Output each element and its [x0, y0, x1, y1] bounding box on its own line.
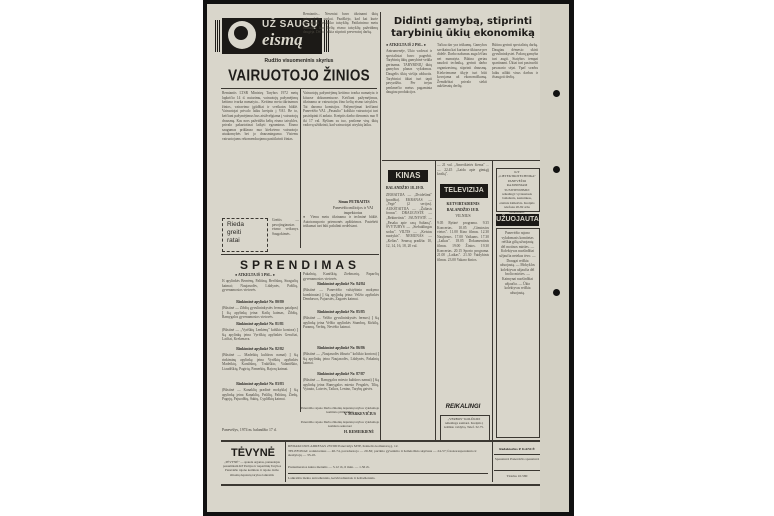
- section-logo-line2: eismą: [262, 30, 303, 50]
- column-rule: [285, 442, 286, 482]
- district-header: Rinkiminė apylinkė Nr. 84/84: [303, 282, 379, 287]
- decision-title: SPRENDIMAS: [222, 258, 378, 272]
- condolences-text: Panevėžio rajono vykdomasis komitetas re…: [499, 231, 536, 433]
- condolences-banner: UŽUOJAUTA: [496, 214, 539, 226]
- rieda-box: Riedagreitiratai: [222, 218, 268, 252]
- author-name: Simas PETRAITIS: [330, 200, 378, 205]
- article-text: ● Vienu metu tikrinama ir techninė būklė…: [303, 215, 378, 249]
- decision-text: (Būstinė — „Vyriškių Lenkėnų" kolūkio ko…: [222, 328, 298, 346]
- footer-subscription: Prenumeratos kaina metams — 3.12 rb, 6 m…: [288, 465, 488, 470]
- rieda-line: ratai: [227, 237, 263, 245]
- district-header: Rinkiminė apylinkė Nr. 86/86: [303, 346, 379, 351]
- headline: Didinti gamybą, stiprinti tarybinių ūkių…: [388, 16, 538, 40]
- divider: [221, 254, 379, 255]
- decision-text: (Būstinė — Žibšių gyvulininkystės fermos…: [222, 306, 298, 321]
- footer-phones: TELEFONAI: redaktoriaus — 40-74, pavaduo…: [288, 449, 488, 458]
- decision-kicker: ● ATKELTA IŠ 3 PSL. ●: [235, 273, 275, 278]
- article-text: Vairuotojų pažymėjimų keitimo tvarka num…: [303, 91, 378, 213]
- article-text: Remiantis... Neseniai buvo tikrinami ūki…: [303, 12, 378, 86]
- punch-hole: [553, 289, 560, 296]
- district-header: Rinkiminė apylinkė Nr. 81/81: [222, 322, 298, 327]
- tv-listings: 9.05 Rytinė programa. 9.35 Koncertas. 10…: [437, 221, 489, 401]
- column-rule: [300, 88, 301, 248]
- tv-channel: VILNIUS: [437, 214, 489, 219]
- cinema-listings: ŽEMAITIJA — „Dvidešimt" (pradžia). EKRAN…: [386, 193, 432, 393]
- article-text: Būtina gerinti specialistų darbą. Daugia…: [492, 43, 538, 161]
- cinema-date: BALANDŽIO 18–19 D.: [386, 186, 424, 191]
- article-text: Tačiau dar yra trūkumų. Gamybos savikain…: [437, 43, 487, 161]
- signature-caption: Panevėžio rajono Darbo žmonių deputatų t…: [300, 406, 380, 414]
- tv-text: — 21 val. „Amerikietės žiema" ... — 22.4…: [437, 163, 489, 181]
- rieda-line: greiti: [227, 229, 263, 237]
- divider: [221, 88, 377, 89]
- tv-day: KETVIRTADIENIS: [437, 202, 489, 207]
- article-text: Antrumenėje, Ūkio vadovai ir specialista…: [386, 49, 432, 161]
- signature: H. REMEIKIENĖ: [344, 430, 374, 435]
- footer-rule: [221, 484, 540, 486]
- decorative-stripes: [215, 20, 220, 52]
- author-caption: Panevėžio milicijos ir VAI inspektorius: [326, 206, 380, 216]
- column-rule: [435, 160, 436, 440]
- article-text: Greitis — pavojingiausias eismo veiksnys…: [272, 218, 299, 252]
- wanted-text: „VERBOS" KOLŪKIUI reikalinga sanitarė. K…: [442, 417, 486, 430]
- footer-address: REDAKCIJOS ADRESAS 235300 Panevėžys MTP,…: [288, 444, 488, 448]
- footer-circulation: Tiražas 10.580: [494, 474, 540, 479]
- page-margin: [540, 4, 569, 512]
- cinema-banner: KINAS: [388, 170, 428, 182]
- punch-hole: [553, 90, 560, 97]
- notice-text: K/T „LIETEKTROTECHNIKA" PANEVĖŽIO RAJONI…: [498, 170, 536, 214]
- footer-printing-house: Spaustuvė Panevėžio spaustuvė: [494, 457, 540, 462]
- column-rule: [300, 272, 301, 412]
- wanted-title: REIKALINGI: [440, 402, 486, 412]
- column-rule: [492, 160, 493, 440]
- decision-text: (Būstinė — Madeikių kultūros namai) Į ši…: [222, 353, 298, 381]
- divider: [382, 160, 540, 161]
- rieda-line: Rieda: [227, 221, 263, 229]
- tv-date: BALANDŽIO 18 D.: [437, 208, 489, 213]
- footer-editor: Redaktorius P. KANCĖ: [494, 447, 540, 452]
- decision-text: (Būstinė — Velžio gyvulininkystės fermos…: [303, 316, 379, 345]
- footer-printer: Laikraštis išeina antradieniais, ketvirt…: [288, 476, 488, 481]
- masthead-title: TĖVYNĖ: [223, 447, 283, 459]
- district-header: Rinkiminė apylinkė Nr. 85/85: [303, 310, 379, 315]
- punch-hole: [553, 166, 560, 173]
- column-rule: [492, 442, 493, 482]
- decision-text: (Būstinė — Kanaklių pradinė mokykla) Į š…: [222, 388, 298, 412]
- signature-caption: Panevėžio rajono Darbo žmonių deputatų t…: [300, 420, 380, 428]
- globe-icon: [228, 21, 256, 49]
- divider: [494, 470, 540, 471]
- decision-text: (Būstinė — Panevėžio valstybinio mokymo …: [303, 288, 379, 309]
- decision-text: Pakalnių, Kuniškių, Žiežmarių, Paparčių …: [303, 272, 379, 282]
- divider: [288, 473, 488, 474]
- decision-text: (Būstinė — „Naujasodės žiburio" kolūkio …: [303, 352, 379, 371]
- tv-banner: TELEVIZIJA: [440, 184, 488, 198]
- column-rule: [380, 160, 381, 440]
- article-text: Remiantis LTSR Ministrų Tarybos 1972 met…: [222, 91, 298, 213]
- district-header: Rinkiminė apylinkė Nr. 80/80: [222, 300, 298, 305]
- headline-kicker: ● ATKELTA IŠ 2 PSL. ●: [386, 43, 426, 48]
- divider: [494, 454, 540, 455]
- dateline: Panevėžys, 1974 m. balandžio 17 d.: [222, 428, 277, 433]
- decision-text: Iš apylinkės Bernėnų, Paliūnų, Berčiūnų,…: [222, 279, 298, 299]
- district-header: Rinkiminė apylinkė Nr. 83/83: [222, 382, 298, 387]
- district-header: Rinkiminė apylinkė Nr. 82/82: [222, 347, 298, 352]
- masthead-blurb: „TĖVYNĖ" — spauda organas, panaudojus pa…: [221, 460, 283, 477]
- district-header: Rinkiminė apylinkė Nr. 87/87: [303, 372, 379, 377]
